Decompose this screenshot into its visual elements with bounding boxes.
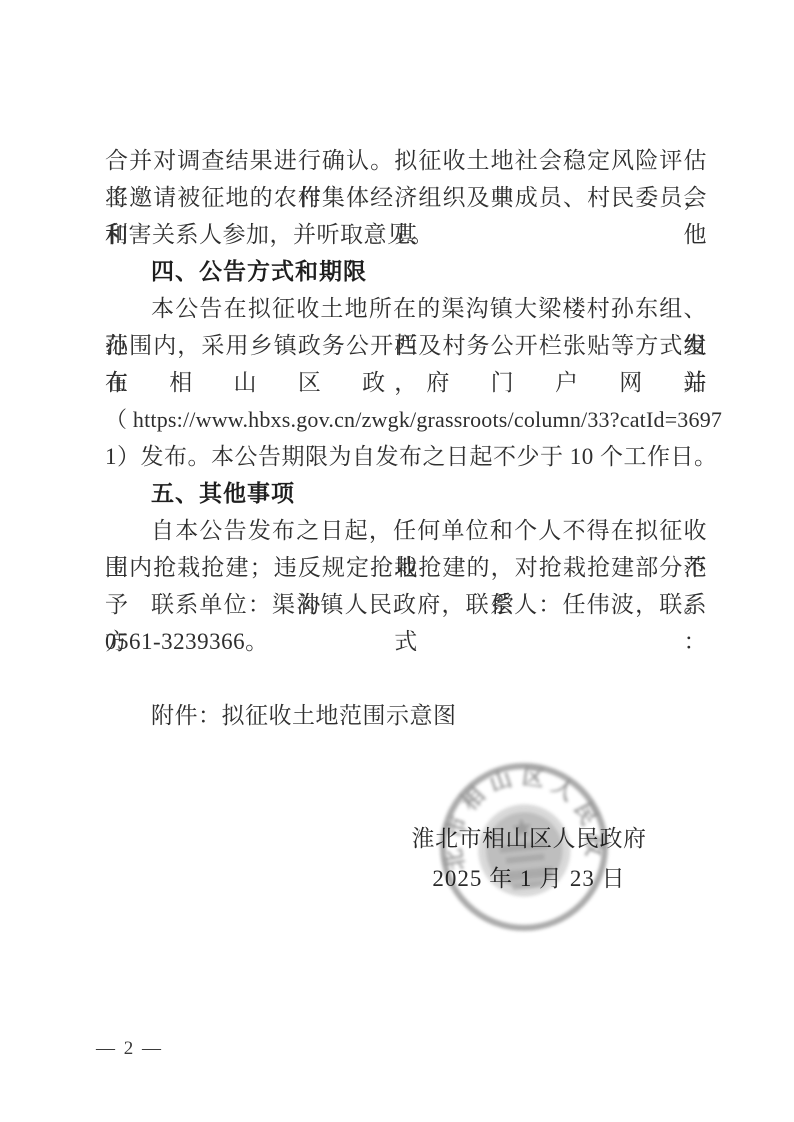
body-line: 本公告在拟征收土地所在的渠沟镇大梁楼村孙东组、孙西组 xyxy=(105,290,707,327)
body-line: 范围内，采用乡镇政务公开栏及村务公开栏张贴等方式发布，并 xyxy=(105,327,707,364)
signature-block: 淮北市相山区人民政府 2025 年 1 月 23 日 xyxy=(398,824,660,894)
attachment-line: 附件：拟征收土地范围示意图 xyxy=(105,697,707,734)
body-line: 1）发布。本公告期限为自发布之日起不少于 10 个工作日。 xyxy=(105,438,707,475)
page-number: — 2 — xyxy=(96,1038,163,1060)
signature-date: 2025 年 1 月 23 日 xyxy=(398,864,660,894)
contact-line: 联系单位：渠沟镇人民政府，联系人：任伟波，联系方式： xyxy=(105,586,707,623)
section-heading-four: 四、公告方式和期限 xyxy=(105,253,707,290)
document-page: 合并对调查结果进行确认。拟征收土地社会稳定风险评估工作中， 将邀请被征地的农村集… xyxy=(0,0,794,1122)
signature-agency: 淮北市相山区人民政府 xyxy=(398,824,660,854)
body-line: 将邀请被征地的农村集体经济组织及其成员、村民委员会和其他 xyxy=(105,179,707,216)
body-line-spread: 在 相 山 区 政 府 门 户 网 站 xyxy=(105,364,707,401)
body-line: 合并对调查结果进行确认。拟征收土地社会稳定风险评估工作中， xyxy=(105,142,707,179)
body-line: 围内抢栽抢建；违反规定抢栽抢建的，对抢栽抢建部分不予补偿。 xyxy=(105,549,707,586)
blank-line xyxy=(105,660,707,697)
portal-url-line: （ https://www.hbxs.gov.cn/zwgk/grassroot… xyxy=(105,401,707,438)
body-line: 自本公告发布之日起，任何单位和个人不得在拟征收土地范 xyxy=(105,512,707,549)
section-heading-five: 五、其他事项 xyxy=(105,475,707,512)
document-body: 合并对调查结果进行确认。拟征收土地社会稳定风险评估工作中， 将邀请被征地的农村集… xyxy=(105,142,707,734)
